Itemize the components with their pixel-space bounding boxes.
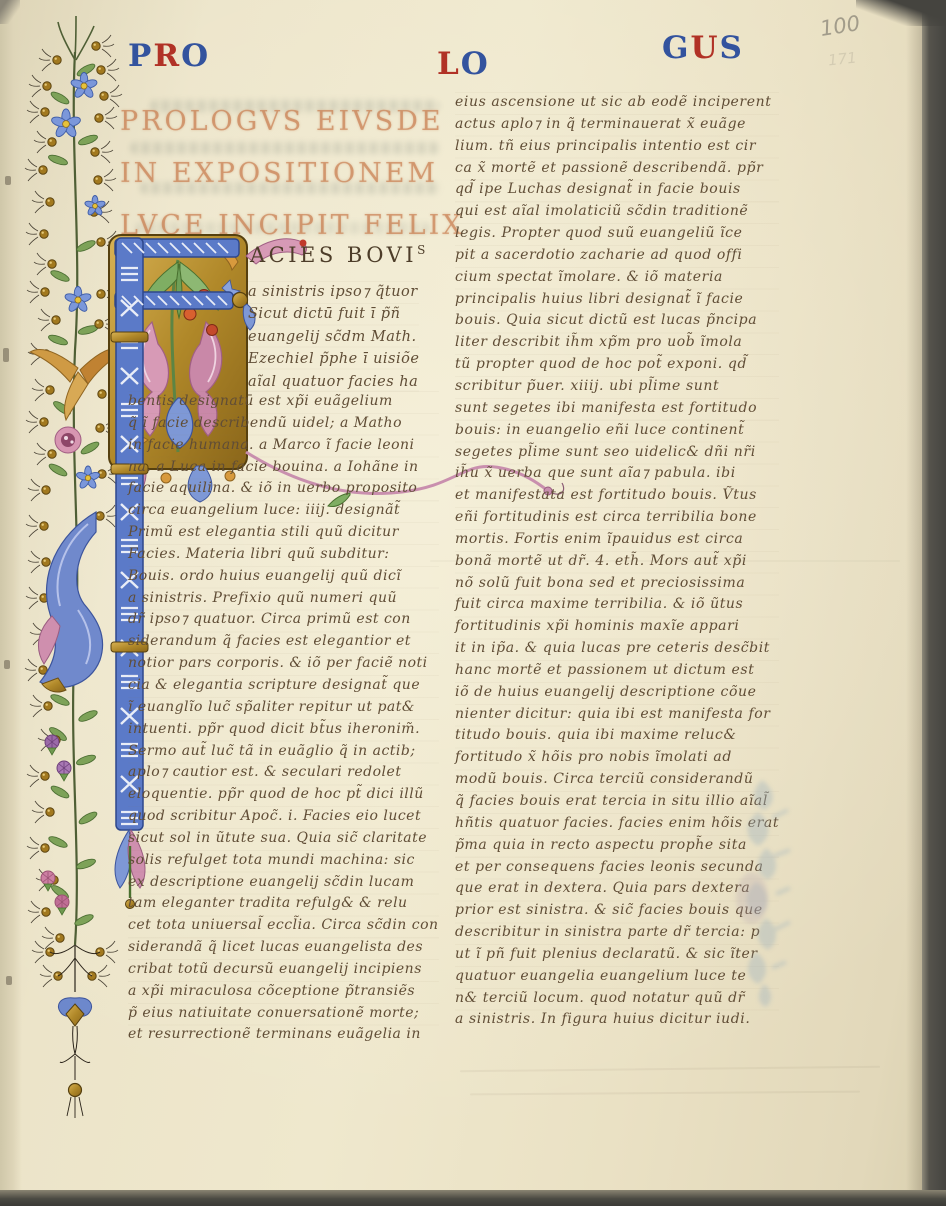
left-text-column: bentis designatū est xp̃i euãgeliumq̃ ĩ … — [128, 391, 439, 1046]
incipit-superscript: S — [417, 243, 429, 257]
left-column-indented-lines: a sinistris ipso⁊ q̃tuorSicut dictū fuit… — [248, 281, 419, 393]
incipit-text: ACIES BOVI — [250, 243, 417, 267]
manuscript-line: legis. Propter quod suũ euangeliũ ĩce — [455, 223, 779, 245]
border-tail — [50, 945, 100, 1118]
page-edge-shadow — [906, 0, 922, 1206]
manuscript-line: lium. tñ eius principalis intentio est c… — [455, 136, 779, 158]
manuscript-line: cet tota uniuersal̃ eccl̃ia. Circa sc̃di… — [128, 915, 439, 937]
manuscript-line: eloquentie. pp̃r quod de hoc pt̃ dici il… — [128, 784, 439, 806]
manuscript-line: qui est aĩal imolaticiũ sc̃din tradition… — [455, 201, 779, 223]
manuscript-line: et per consequens facies leonis secunda — [455, 857, 779, 879]
manuscript-line: q̃ ĩ facie describendũ uidel; a Matho — [128, 413, 439, 435]
manuscript-line: quod scribitur Apoc̃. i. Facies eio luce… — [128, 806, 439, 828]
manuscript-line: hanc mortẽ et passionem ut dictum est — [455, 660, 779, 682]
manuscript-line: ĩ euanglĩo luc̃ sp̃aliter repitur ut pat… — [128, 697, 439, 719]
manuscript-line: Ezechiel p̃phe ī uisiõe — [248, 348, 419, 370]
pink-rose — [55, 427, 81, 453]
manuscript-line: na. a Luca in facie bouina. a Iohãne in — [128, 457, 439, 479]
manuscript-line: tam eleganter tradita refulg& & relu — [128, 893, 439, 915]
parchment-crease — [430, 560, 900, 562]
manuscript-page: PRO LO GUS 100 171 PROLOGVS EIVSDEIN EXP… — [0, 0, 946, 1206]
manuscript-line: dr̃ ipso⁊ quatuor. Circa primũ est con — [128, 609, 439, 631]
manuscript-line: fortitudinis xp̃i hominis maxĩe appari — [455, 616, 779, 638]
manuscript-line: a sinistris. Prefixio quũ numeri quũ — [128, 588, 439, 610]
manuscript-line: bouis. Quia sicut dictũ est lucas p̃ncip… — [455, 310, 779, 332]
manuscript-line: n& terciũ locum. quod notatur quũ dr̃ — [455, 988, 779, 1010]
manuscript-line: et resurrectionẽ terminans euãgelia in — [128, 1024, 439, 1046]
manuscript-line: hñtis quatuor facies. facies enim hõis e… — [455, 813, 779, 835]
manuscript-line: Sermo aut̃ luc̃ tã in euãglio q̃ in acti… — [128, 741, 439, 763]
gold-dots — [25, 35, 122, 987]
manuscript-line: cium spectat ĩmolare. & iõ materia — [455, 267, 779, 289]
manuscript-line: fuit circa maxime terribilia. & iõ ũtus — [455, 594, 779, 616]
manuscript-line: ih̃u x̃ uerba que sunt aĩa⁊ pabula. ibi — [455, 463, 779, 485]
incipit-words: ACIES BOVIS — [250, 243, 429, 267]
manuscript-line: bentis designatū est xp̃i euãgelium — [128, 391, 439, 413]
manuscript-line: cribat totũ decursũ euangelij incipiens — [128, 959, 439, 981]
manuscript-line: quatuor euangelia euangelium luce te — [455, 966, 779, 988]
manuscript-line: ut ĩ pñ fuit plenius declaratũ. & sic ĩt… — [455, 944, 779, 966]
manuscript-line: bouis: in euangelio eñi luce continent̃ — [455, 420, 779, 442]
running-header-gus: GUS — [662, 30, 744, 66]
background-bottom-edge — [0, 1190, 946, 1206]
manuscript-line: Facies. Materia libri quũ subditur: — [128, 544, 439, 566]
manuscript-line: modũ bouis. Circa terciũ considerandũ — [455, 769, 779, 791]
manuscript-line: que erat in dextera. Quia pars dextera — [455, 878, 779, 900]
manuscript-line: circa euangelium luce: iiij. designãt̃ — [128, 500, 439, 522]
manuscript-line: fortitudo x̃ hõis pro nobis ĩmolati ad — [455, 747, 779, 769]
manuscript-line: intuenti. pp̃r quod dicit bt̃us iheronim… — [128, 719, 439, 741]
manuscript-line: siderandã q̃ licet lucas euangelista des — [128, 937, 439, 959]
manuscript-line: q̃ facies bouis erat tercia in situ illi… — [455, 791, 779, 813]
manuscript-line: prior est sinistra. & sic̃ facies bouis … — [455, 900, 779, 922]
manuscript-line: actus aplo⁊ in q̃ terminauerat x̃ euãge — [455, 114, 779, 136]
vine-stem — [73, 52, 77, 945]
manuscript-line: p̃ma quia in recto aspectu proph̃e sita — [455, 835, 779, 857]
manuscript-line: facie aquilina. & iõ in uerbo proposito — [128, 478, 439, 500]
manuscript-line: sicut sol in ũtute sua. Quia sic̃ clarit… — [128, 828, 439, 850]
manuscript-line: notior pars corporis. & iõ per faciẽ not… — [128, 653, 439, 675]
offset-foliage-stain — [732, 778, 842, 1008]
manuscript-line: scribitur p̃uer. xiiij. ubi pl̃ime sunt — [455, 376, 779, 398]
manuscript-line: Primũ est elegantia stili quũ dicitur — [128, 522, 439, 544]
manuscript-line: liter describit ih̃m xp̃m pro uob̃ ĩmola — [455, 332, 779, 354]
manuscript-line: segetes pl̃ime sunt seo uidelic& dñi nr̃… — [455, 442, 779, 464]
manuscript-line: tũ propter quod de hoc pot̃ exponi. qd̃ — [455, 354, 779, 376]
manuscript-line: et manifestata est fortitudo bouis. Ṽtus — [455, 485, 779, 507]
manuscript-line: nienter dicitur: quia ibi est manifesta … — [455, 704, 779, 726]
manuscript-line: it in ip̃a. & quia lucas pre ceteris des… — [455, 638, 779, 660]
header-letter: U — [690, 30, 719, 66]
background-top-left-corner — [0, 0, 20, 24]
manuscript-line: describitur in sinistra parte dr̃ tercia… — [455, 922, 779, 944]
manuscript-line: siderandum q̃ facies est elegantior et — [128, 631, 439, 653]
manuscript-line: a sinistris. In figura huius dicitur iud… — [455, 1009, 779, 1031]
manuscript-line: nõ solũ fuit bona sed et preciosissima — [455, 573, 779, 595]
manuscript-line: aplo⁊ cautior est. & seculari redolet — [128, 762, 439, 784]
manuscript-line: eñi fortitudinis est circa terribilia bo… — [455, 507, 779, 529]
manuscript-line: qd̃ ipe Luchas designat̃ in facie bouis — [455, 179, 779, 201]
header-letter: S — [720, 30, 744, 66]
manuscript-line: cia & elegantia scripture designat̃ que — [128, 675, 439, 697]
folio-number-pencil-faint: 171 — [827, 49, 857, 70]
blue-acanthus — [38, 512, 102, 692]
background-top-right-corner — [856, 0, 946, 26]
manuscript-line: eius ascensione ut sic ab eodẽ inciperen… — [455, 92, 779, 114]
manuscript-line: ca x̃ mortẽ et passionẽ describendã. pp̃… — [455, 158, 779, 180]
manuscript-line: pit a sacerdotio zacharie ad quod offi — [455, 245, 779, 267]
background-right-edge — [922, 0, 946, 1206]
manuscript-line: sunt segetes ibi manifesta est fortitudo — [455, 398, 779, 420]
manuscript-line: mortis. Fortis enim ĩpauidus est circa — [455, 529, 779, 551]
manuscript-line: principalis huius libri designat̃ ĩ faci… — [455, 289, 779, 311]
manuscript-line: a xp̃i miraculosa cõceptione p̃transiẽs — [128, 981, 439, 1003]
manuscript-line: aĩal quatuor facies ha — [248, 371, 419, 393]
manuscript-line: Sicut dictū fuit ī p̃ñ — [248, 303, 419, 325]
manuscript-line: p̃ eius natiuitate conuersationẽ morte; — [128, 1003, 439, 1025]
manuscript-line: titudo bouis. quia ibi maxime reluc& — [455, 725, 779, 747]
manuscript-line: solis refulget tota mundi machina: sic — [128, 850, 439, 872]
manuscript-line: Bouis. ordo huius euangelij quũ dicĩ — [128, 566, 439, 588]
manuscript-line: euangelij sc̃dm Math. — [248, 326, 419, 348]
manuscript-line: in facie humana. a Marco ĩ facie leoni — [128, 435, 439, 457]
header-letter: G — [662, 30, 690, 66]
manuscript-line: ex descriptione euangelij sc̃din lucam — [128, 872, 439, 894]
manuscript-line: a sinistris ipso⁊ q̃tuor — [248, 281, 419, 303]
manuscript-line: iõ de huius euangelij descriptione cõue — [455, 682, 779, 704]
